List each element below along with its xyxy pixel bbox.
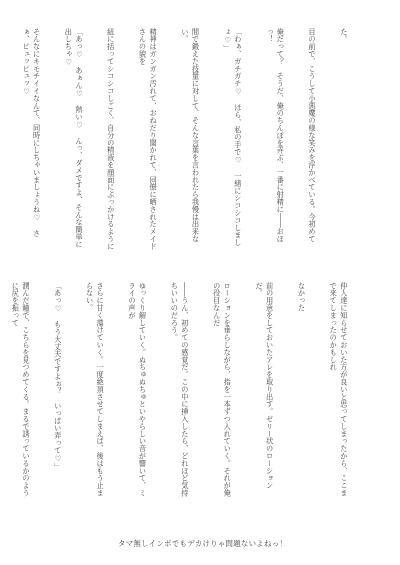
text-column: 潤んだ瞳で、こちらを見つめてくる。まるで誘っているかのように尻を振って: [10, 282, 31, 498]
text-column: 「あっ♡ もう大丈夫ですよぉ？ いっぱい弄って♡」: [52, 282, 63, 498]
text-column: ――うん、初めての感覚だ。この中に挿入したら、どれほど気持ちいいのだろう。: [169, 282, 190, 498]
text-column: 「あっ♡ あぁん♡ 熱い♡ んっ、ダメですよ、そんな簡単に出しちゃ♡: [63, 28, 84, 250]
page-caption: タマ無しインポでもデカけりゃ問題ないよねっ！: [118, 538, 287, 549]
text-column: なかった: [296, 282, 307, 498]
text-column: た。: [338, 28, 349, 250]
text-column: 仲人達に知らせておいた方が良いと思ってしまったから、ここまで来てしまったのかもし…: [328, 282, 349, 498]
text-column: 間で鍛えた技量に対して、そんな言葉を言われたら我慢は出来ない。: [179, 28, 200, 250]
bottom-text-block: 仲人達に知らせておいた方が良いと思ってしまったから、ここまで来てしまったのかもし…: [28, 282, 370, 498]
text-column: ローションを垂らしながら、指を一本ずつ入れていく。それが俺の役目なんだ: [211, 282, 232, 498]
text-column: 俺だって？ そうだ、俺のちんぽを弄ぶ、一番に射精に――おほっ！: [264, 28, 285, 250]
text-column: 前の用意をしておいたアレを取り出す。ゼリー状のローションだ。: [253, 282, 274, 498]
text-column: ゆっくり解していく。ぬちゅぬちゅといやらしい音が響いて、ミライの声が: [126, 282, 147, 498]
text-column: 「わぁ、ガチガチ♡ ほら、私の手で♡ 一緒にシコシコしましょ♡」: [222, 28, 243, 250]
text-column: 紐に括ってシコシコしごく、自分の精液を顔面にぶっかけるように: [105, 28, 116, 250]
text-column: 精神はガンガン汚れて、おねだり聞かれて、同僚に晒されたメイドさんの貌を: [137, 28, 158, 250]
text-column: 目の前で、こうして小悪魔の様な笑みを浮かべている。今初めて: [306, 28, 317, 250]
text-column: そんなにキモチイイなんて、同時にしちゃいましょうね♡ さぁ、ピュッピュッ♡: [20, 28, 41, 250]
text-column: さらに甘く蕩けていく。一度絶頂させてしまえば、後はもう止まらない。: [84, 282, 105, 498]
top-text-block: た。 目の前で、こうして小悪魔の様な笑みを浮かべている。今初めて 俺だって？ そ…: [28, 28, 370, 250]
